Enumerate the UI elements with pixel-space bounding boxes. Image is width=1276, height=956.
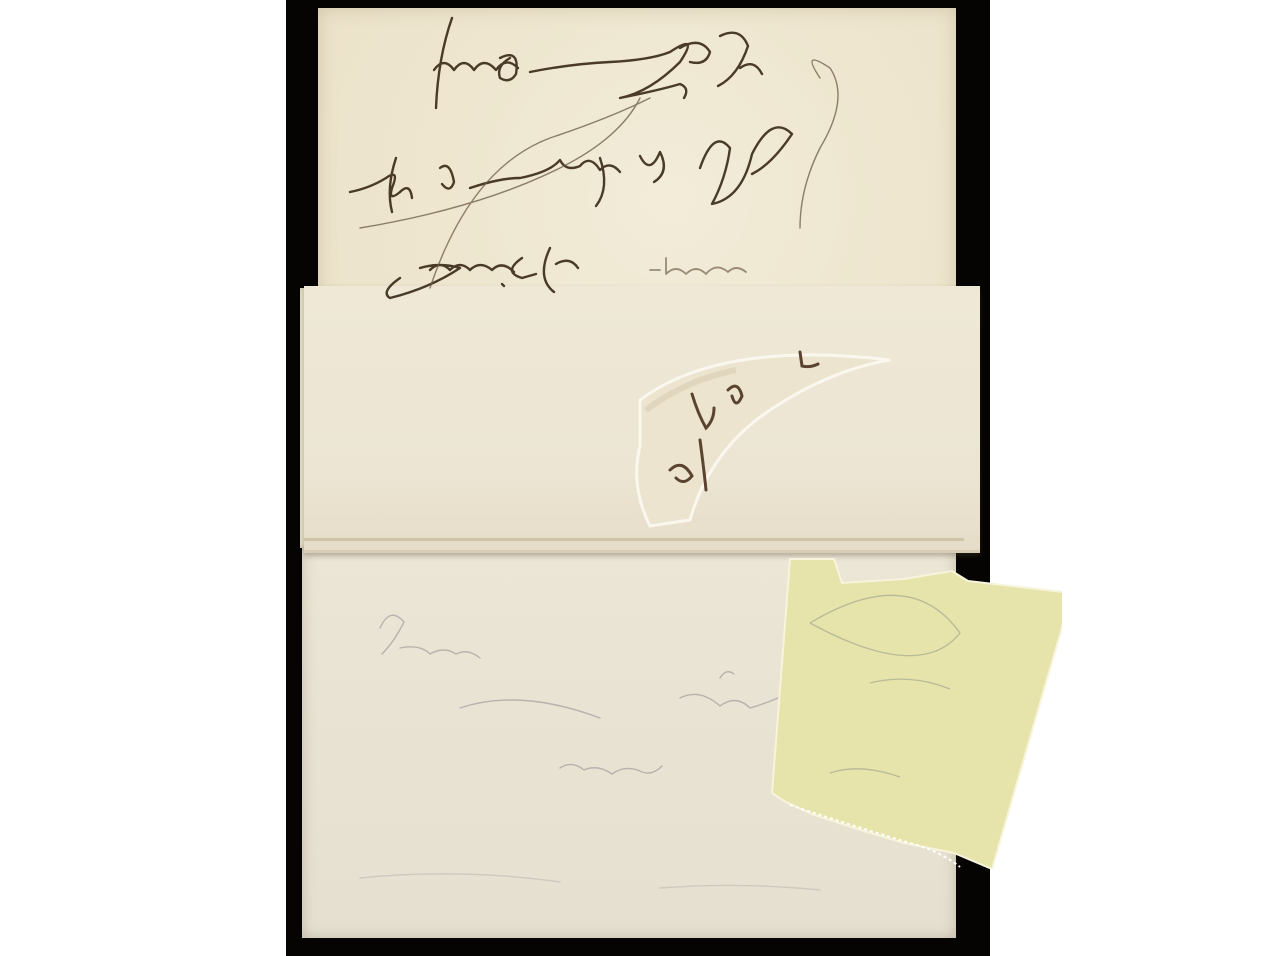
letter-sheet: Handwritten line 1 (illegible script) Ha… (300, 8, 960, 948)
seal-tear (600, 340, 920, 530)
yellow-hinge-tape (770, 553, 1062, 869)
fold-line (304, 538, 964, 541)
